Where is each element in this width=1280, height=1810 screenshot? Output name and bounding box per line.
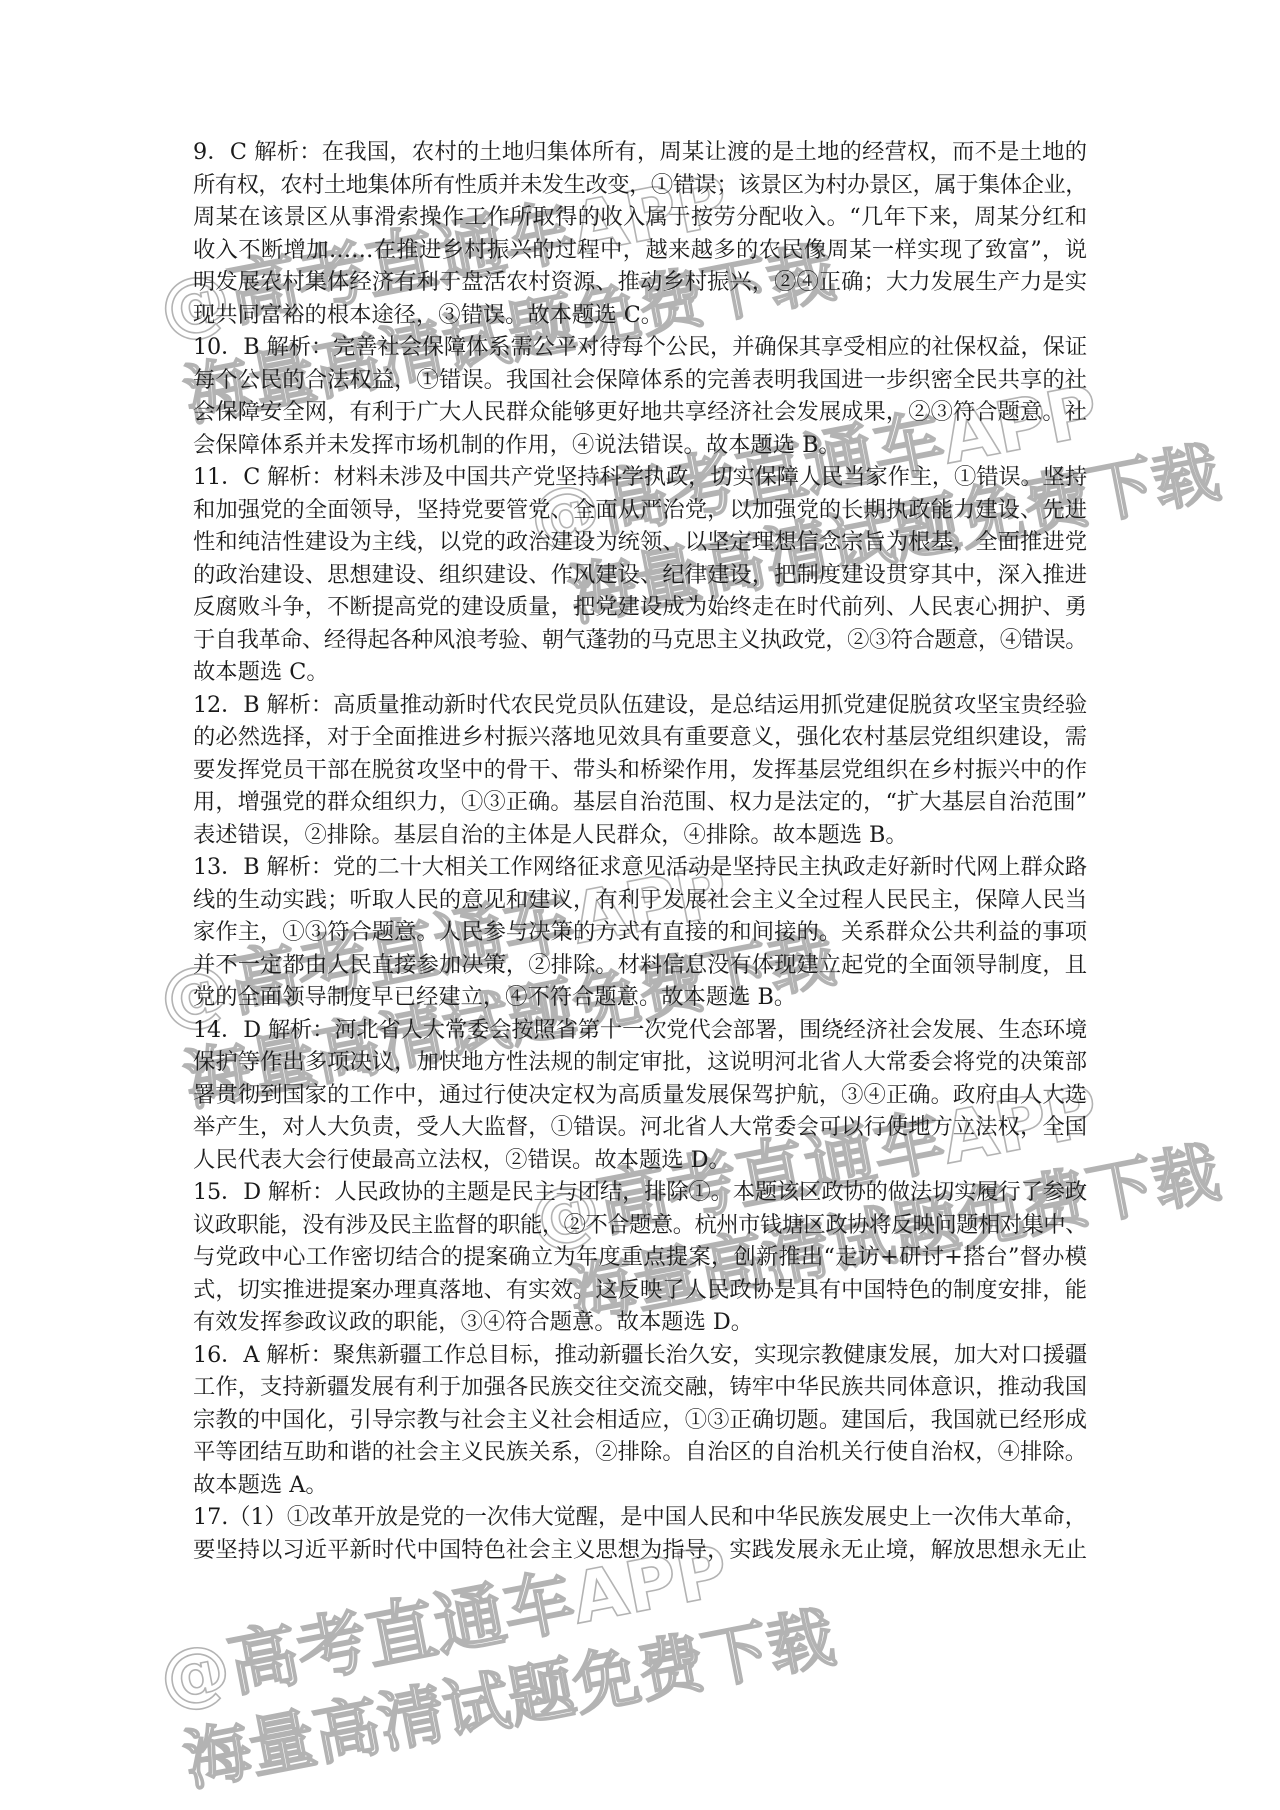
text-line: 明发展农村集体经济有利于盘活农村资源、推动乡村振兴，②④正确；大力发展生产力是实 xyxy=(193,266,1087,299)
text-line: 会保障体系并未发挥市场机制的作用，④说法错误。故本题选 B。 xyxy=(193,429,1087,462)
document-page: @高考直通车APP 海量高清试题免费下载 @高考直通车APP 海量高清试题免费下… xyxy=(0,0,1280,1810)
text-line: 周某在该景区从事滑索操作工作所取得的收入属于按劳分配收入。“几年下来，周某分红和 xyxy=(193,201,1087,234)
text-line: 要坚持以习近平新时代中国特色社会主义思想为指导，实践发展永无止境，解放思想永无止 xyxy=(193,1534,1087,1567)
text-line: 家作主，①③符合题意。人民参与决策的方式有直接的和间接的。关系群众公共利益的事项 xyxy=(193,916,1087,949)
text-line: 保护等作出多项决议，加快地方性法规的制定审批，这说明河北省人大常委会将党的决策部 xyxy=(193,1046,1087,1079)
text-line: 署贯彻到国家的工作中，通过行使决定权为高质量发展保驾护航，③④正确。政府由人大选 xyxy=(193,1079,1087,1112)
text-line: 的必然选择，对于全面推进乡村振兴落地见效具有重要意义，强化农村基层党组织建设，需 xyxy=(193,721,1087,754)
text-line: 11．C 解析：材料未涉及中国共产党坚持科学执政，切实保障人民当家作主，①错误。… xyxy=(193,461,1087,494)
text-line: 故本题选 C。 xyxy=(193,656,1087,689)
text-line: 与党政中心工作密切结合的提案确立为年度重点提案，创新推出“走访+研讨+搭台”督办… xyxy=(193,1241,1087,1274)
text-line: 式，切实推进提案办理真落地、有实效。这反映了人民政协是具有中国特色的制度安排，能 xyxy=(193,1274,1087,1307)
text-line: 反腐败斗争，不断提高党的建设质量，把党建设成为始终走在时代前列、人民衷心拥护、勇 xyxy=(193,591,1087,624)
text-line: 用，增强党的群众组织力，①③正确。基层自治范围、权力是法定的，“扩大基层自治范围… xyxy=(193,786,1087,819)
text-line: 和加强党的全面领导，坚持党要管党、全面从严治党，以加强党的长期执政能力建设、先进 xyxy=(193,494,1087,527)
text-line: 16．A 解析：聚焦新疆工作总目标，推动新疆长治久安，实现宗教健康发展，加大对口… xyxy=(193,1339,1087,1372)
text-line: 现共同富裕的根本途径，③错误。故本题选 C。 xyxy=(193,299,1087,332)
text-line: 会保障安全网，有利于广大人民群众能够更好地共享经济社会发展成果，②③符合题意。社 xyxy=(193,396,1087,429)
text-line: 要发挥党员干部在脱贫攻坚中的骨干、带头和桥梁作用，发挥基层党组织在乡村振兴中的作 xyxy=(193,754,1087,787)
text-line: 所有权，农村土地集体所有性质并未发生改变，①错误；该景区为村办景区，属于集体企业… xyxy=(193,169,1087,202)
text-line: 的政治建设、思想建设、组织建设、作风建设、纪律建设，把制度建设贯穿其中，深入推进 xyxy=(193,559,1087,592)
text-line: 10．B 解析：完善社会保障体系需公平对待每个公民，并确保其享受相应的社保权益，… xyxy=(193,331,1087,364)
text-line: 宗教的中国化，引导宗教与社会主义社会相适应，①③正确切题。建国后，我国就已经形成 xyxy=(193,1404,1087,1437)
text-line: 收入不断增加……在推进乡村振兴的过程中，越来越多的农民像周某一样实现了致富”，说 xyxy=(193,234,1087,267)
text-line: 表述错误，②排除。基层自治的主体是人民群众，④排除。故本题选 B。 xyxy=(193,819,1087,852)
answer-analysis-text: 9．C 解析：在我国，农村的土地归集体所有，周某让渡的是土地的经营权，而不是土地… xyxy=(193,136,1087,1566)
text-line: 性和纯洁性建设为主线，以党的政治建设为统领、以坚定理想信念宗旨为根基，全面推进党 xyxy=(193,526,1087,559)
text-line: 14．D 解析：河北省人大常委会按照省第十一次党代会部署，围绕经济社会发展、生态… xyxy=(193,1014,1087,1047)
text-line: 17.（1）①改革开放是党的一次伟大觉醒，是中国人民和中华民族发展史上一次伟大革… xyxy=(193,1501,1087,1534)
text-line: 工作，支持新疆发展有利于加强各民族交往交流交融，铸牢中华民族共同体意识，推动我国 xyxy=(193,1371,1087,1404)
text-line: 并不一定都由人民直接参加决策，②排除。材料信息没有体现建立起党的全面领导制度，且 xyxy=(193,949,1087,982)
text-line: 12．B 解析：高质量推动新时代农民党员队伍建设，是总结运用抓党建促脱贫攻坚宝贵… xyxy=(193,689,1087,722)
text-line: 举产生，对人大负责，受人大监督，①错误。河北省人大常委会可以行使地方立法权，全国 xyxy=(193,1111,1087,1144)
text-line: 9．C 解析：在我国，农村的土地归集体所有，周某让渡的是土地的经营权，而不是土地… xyxy=(193,136,1087,169)
text-line: 于自我革命、经得起各种风浪考验、朝气蓬勃的马克思主义执政党，②③符合题意，④错误… xyxy=(193,624,1087,657)
text-line: 13．B 解析：党的二十大相关工作网络征求意见活动是坚持民主执政走好新时代网上群… xyxy=(193,851,1087,884)
text-line: 人民代表大会行使最高立法权，②错误。故本题选 D。 xyxy=(193,1144,1087,1177)
text-line: 故本题选 A。 xyxy=(193,1469,1087,1502)
text-line: 15．D 解析：人民政协的主题是民主与团结，排除①。本题该区政协的做法切实履行了… xyxy=(193,1176,1087,1209)
text-line: 线的生动实践；听取人民的意见和建议，有利于发展社会主义全过程人民民主，保障人民当 xyxy=(193,884,1087,917)
text-line: 平等团结互助和谐的社会主义民族关系，②排除。自治区的自治机关行使自治权，④排除。 xyxy=(193,1436,1087,1469)
watermark-subtext: 海量高清试题免费下载 xyxy=(175,1584,841,1803)
text-line: 有效发挥参政议政的职能，③④符合题意。故本题选 D。 xyxy=(193,1306,1087,1339)
text-line: 党的全面领导制度早已经建立，④不符合题意。故本题选 B。 xyxy=(193,981,1087,1014)
text-line: 每个公民的合法权益，①错误。我国社会保障体系的完善表明我国进一步织密全民共享的社 xyxy=(193,364,1087,397)
text-line: 议政职能，没有涉及民主监督的职能，②不合题意。杭州市钱塘区政协将反映问题相对集中… xyxy=(193,1209,1087,1242)
